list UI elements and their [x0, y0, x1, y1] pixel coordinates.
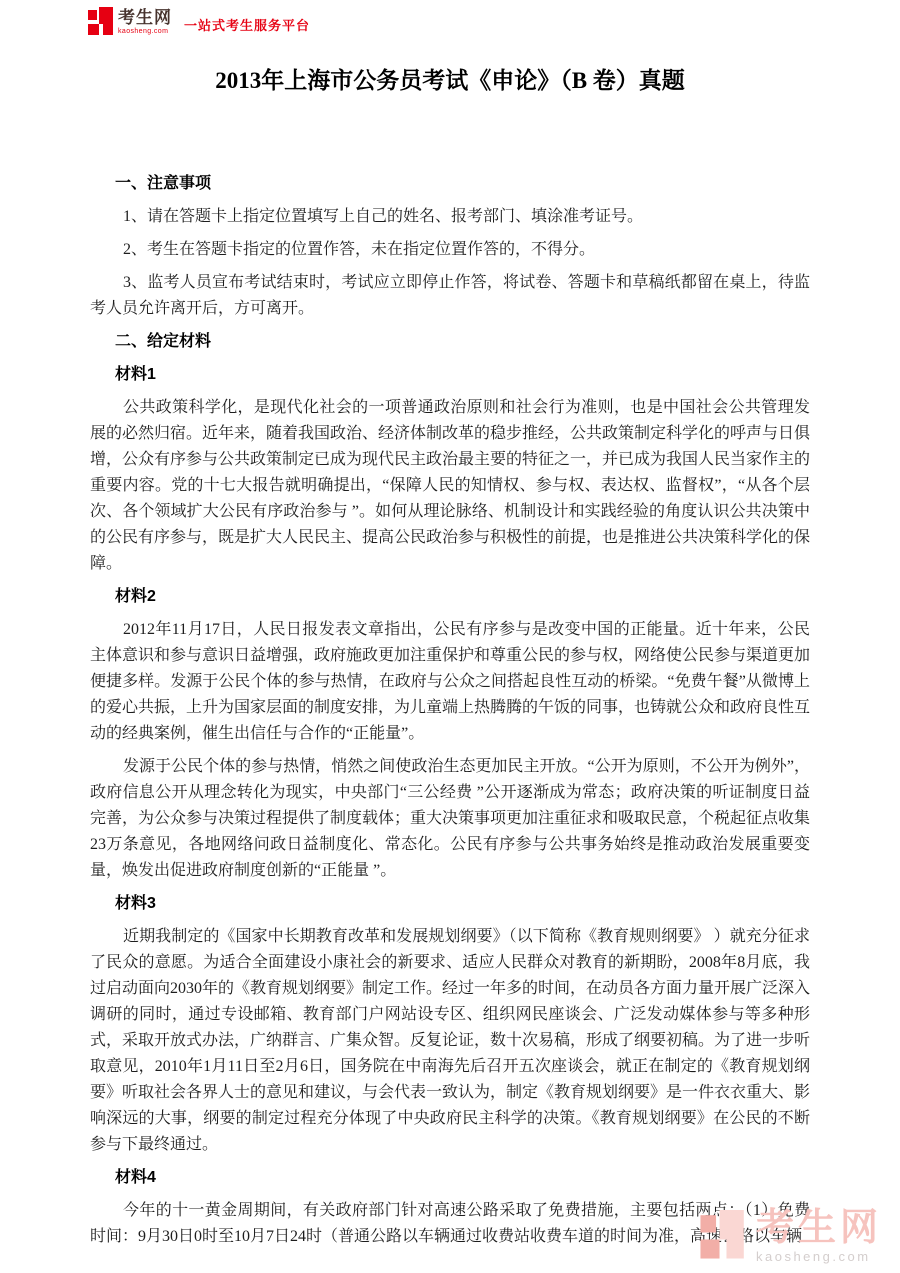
material-3-heading: 材料3 — [115, 891, 810, 917]
watermark-brand-domain: kaosheng.com — [756, 1250, 882, 1263]
material-1-heading: 材料1 — [115, 362, 810, 388]
brand-tagline: 一站式考生服务平台 — [184, 15, 310, 37]
material-3-paragraph-1: 近期我制定的《国家中长期教育改革和发展规划纲要》（以下简称《教育规则纲要》 ）就… — [90, 924, 810, 1158]
material-2-paragraph-1: 2012年11月17日，人民日报发表文章指出，公民有序参与是改变中国的正能量。近… — [90, 617, 810, 747]
material-4-heading: 材料4 — [115, 1165, 810, 1191]
brand-logo: 考生网 kaosheng.com — [88, 7, 172, 37]
brand-text-block: 考生网 kaosheng.com — [118, 9, 172, 35]
document-title: 2013年上海市公务员考试《申论》（B 卷）真题 — [90, 62, 810, 95]
material-2-heading: 材料2 — [115, 584, 810, 610]
notice-item-1: 1、请在答题卡上指定位置填写上自己的姓名、报考部门、填涂准考证号。 — [90, 204, 810, 230]
document-body: 一、注意事项 1、请在答题卡上指定位置填写上自己的姓名、报考部门、填涂准考证号。… — [90, 171, 810, 1250]
notice-section-heading: 一、注意事项 — [115, 171, 810, 197]
notice-item-3: 3、监考人员宣布考试结束时，考试应立即停止作答，将试卷、答题卡和草稿纸都留在桌上… — [90, 270, 810, 322]
material-2-paragraph-2: 发源于公民个体的参与热情，悄然之间使政治生态更加民主开放。“公开为原则，不公开为… — [90, 754, 810, 884]
brand-name: 考生网 — [118, 9, 172, 26]
brand-domain: kaosheng.com — [118, 28, 172, 35]
site-header: 考生网 kaosheng.com 一站式考生服务平台 — [88, 7, 310, 37]
materials-section-heading: 二、给定材料 — [115, 329, 810, 355]
kaosheng-logo-icon — [88, 7, 114, 37]
material-4-paragraph-1: 今年的十一黄金周期间，有关政府部门针对高速公路采取了免费措施，主要包括两点：（1… — [90, 1198, 810, 1250]
material-1-paragraph-1: 公共政策科学化，是现代化社会的一项普通政治原则和社会行为准则，也是中国社会公共管… — [90, 395, 810, 577]
notice-item-2: 2、考生在答题卡指定的位置作答，未在指定位置作答的，不得分。 — [90, 237, 810, 263]
